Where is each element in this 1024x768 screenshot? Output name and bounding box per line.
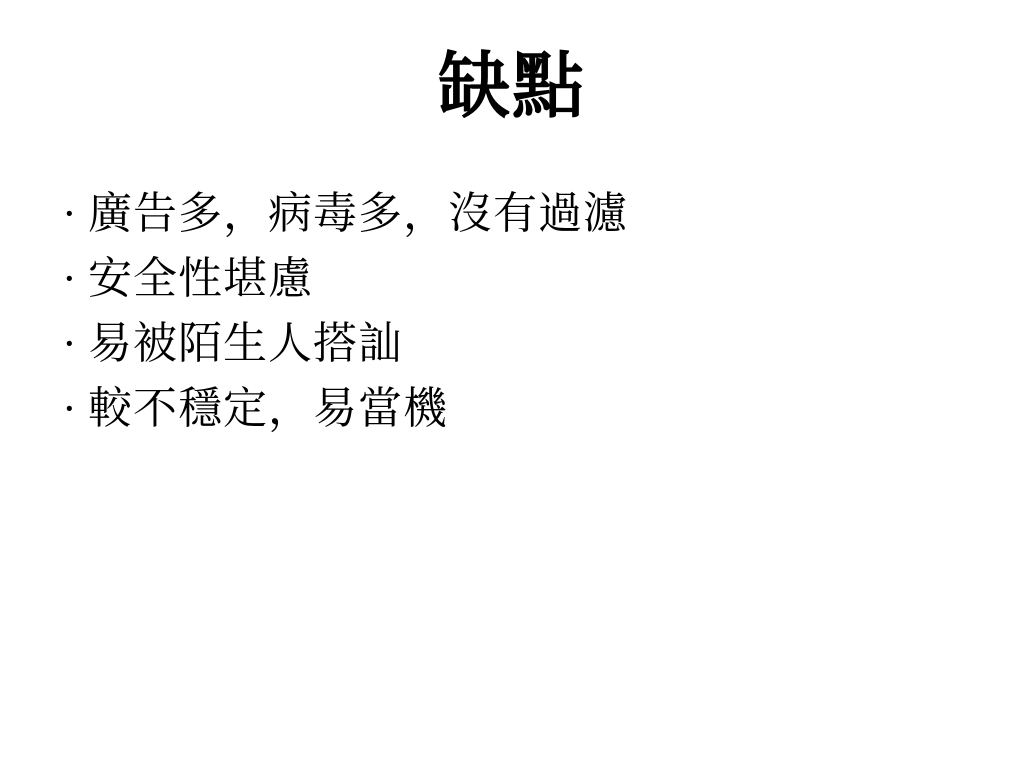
bullet-text: 安全性堪慮 [88, 257, 313, 301]
bullet-text: 較不穩定，易當機 [88, 387, 448, 431]
slide-title: 缺點 [0, 0, 1024, 126]
bullet-dot-icon: · [62, 257, 88, 301]
bullet-text: 易被陌生人搭訕 [88, 322, 403, 366]
bullet-item: · 安全性堪慮 [62, 246, 984, 311]
bullet-dot-icon: · [62, 322, 88, 366]
bullet-text: 廣告多，病毒多，沒有過濾 [88, 192, 628, 236]
bullet-dot-icon: · [62, 387, 88, 431]
bullet-item: · 廣告多，病毒多，沒有過濾 [62, 181, 984, 246]
bullet-list: · 廣告多，病毒多，沒有過濾 · 安全性堪慮 · 易被陌生人搭訕 · 較不穩定，… [62, 181, 984, 441]
bullet-item: · 較不穩定，易當機 [62, 376, 984, 441]
bullet-dot-icon: · [62, 192, 88, 236]
presentation-slide: 缺點 · 廣告多，病毒多，沒有過濾 · 安全性堪慮 · 易被陌生人搭訕 · 較不… [0, 0, 1024, 768]
bullet-item: · 易被陌生人搭訕 [62, 311, 984, 376]
